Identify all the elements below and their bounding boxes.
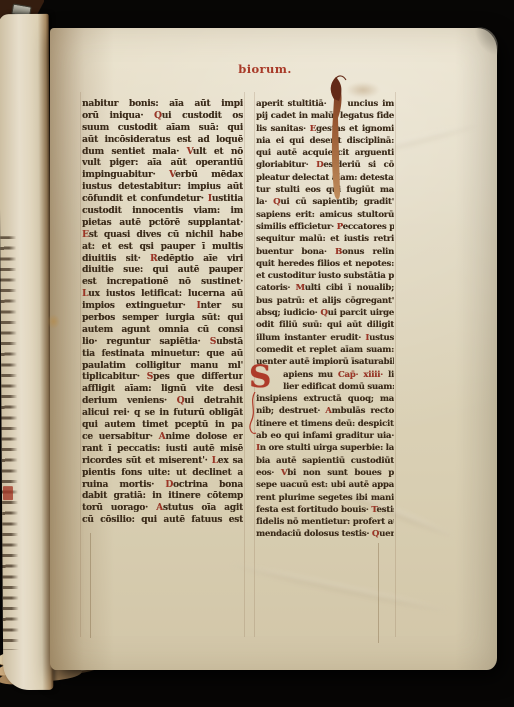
text-line: tiplicabitur· Spes que differtur: [82, 371, 243, 383]
text-line: ab eo qui infami graditur uia·: [256, 430, 394, 442]
text-line: lio· reguntur sapiētia· Substā: [82, 336, 243, 348]
text-line: absq; iudicio· Qui parcit uirge: [256, 307, 394, 319]
text-line: bus patrū: et alijs cōgregant': [256, 295, 394, 307]
text-line: torū uorago· Astutus oīa agit: [82, 502, 243, 514]
rubricated-capital: A: [156, 502, 163, 513]
text-line: nabitur bonis: aīa aūt impi: [82, 98, 243, 110]
text-line: alicui rei· q se in futurū obligāt: [82, 407, 243, 419]
text-line: ruina mortis· Doctrina bona: [82, 479, 243, 491]
text-line: impios extinguetur· Inter su: [82, 300, 243, 312]
text-line: et custoditur iusto substātia p: [256, 270, 394, 282]
rubricated-capital: Q: [320, 308, 327, 318]
text-line: at: et est qsi pauper ī multis: [82, 241, 243, 253]
text-line: tia festinata minuetur: que aū: [82, 348, 243, 360]
text-line: qui autem timet pceptū in pa: [82, 419, 243, 431]
running-title: biorum.: [200, 62, 330, 76]
text-line: est increpationē nō sustinet·: [82, 276, 243, 288]
chapter-initial-s: S: [249, 362, 277, 392]
text-line: aūt incōsideratus est ad loquē: [82, 134, 243, 146]
rubricated-capital: D: [165, 479, 173, 490]
text-line: iustus detestabitur: impius aūt: [82, 181, 243, 193]
text-line: comedit et replet aīam suam:: [256, 344, 394, 356]
text-line: sequitur malū: et iustis retri: [256, 233, 394, 245]
rubricated-capital: E: [82, 229, 89, 240]
text-line: dabit gratiā: in itinere cōtemp: [82, 490, 243, 502]
ruling-line: [395, 92, 396, 637]
facing-page-red-fragment: [3, 486, 13, 500]
text-line: orū iniqua· Qui custodit os: [82, 110, 243, 122]
text-line: diuitiis sit· Redēptio aīe viri: [82, 253, 243, 265]
text-line: quit heredes filios et nepotes:: [256, 258, 394, 270]
text-line: paulatim colligitur manu ml': [82, 360, 243, 372]
text-line: ce uersabitur· Anime dolose er: [82, 431, 243, 443]
ruling-line: [80, 92, 81, 637]
text-line: eos· Vbi non sunt boues p: [256, 467, 394, 479]
ruling-line: [244, 92, 245, 637]
text-column-left: nabitur bonis: aīa aūt impiorū iniqua· Q…: [82, 98, 243, 526]
text-line: illum instanter erudit· Iustus: [256, 332, 394, 344]
manuscript-page: biorum. nabitur bonis: aīa aūt impiorū i…: [50, 28, 497, 670]
text-line: itinere et timens deū: despicit': [256, 418, 394, 430]
text-line: custodit innocentis viam: im: [82, 205, 243, 217]
text-line: pietas autē pctōrē supplantat·: [82, 217, 243, 229]
text-line: derium veniens· Qui detrahit: [82, 395, 243, 407]
text-line: In ore stulti uirga superbie: la: [256, 442, 394, 454]
text-line: odit filiū suū: qui aūt diligit: [256, 319, 394, 331]
ruling-line: [90, 533, 91, 638]
text-line: rant ī peccatis: iusti autē misē: [82, 443, 243, 455]
text-line: catoris· Multi cibi ī noualib;: [256, 282, 394, 294]
text-line: cōfundit et confundetur· Iustitia: [82, 193, 243, 205]
text-line: cū cōsilio: qui autē fatuus est: [82, 514, 243, 526]
chapter-rubric: Cap̄· xiiii·: [338, 370, 383, 380]
text-line: similis efficietur· Peccatores p: [256, 221, 394, 233]
text-line: buentur bona· Bonus relin: [256, 246, 394, 258]
text-line: dum sentiet mala· Vult et nō: [82, 146, 243, 158]
text-line: sepe uacuū est: ubi autē appa: [256, 479, 394, 491]
text-line: insipiens extructā quoq; ma: [256, 393, 394, 405]
worn-corner: [470, 27, 498, 61]
parchment-crease: [232, 561, 449, 615]
manuscript-photo: biorum. nabitur bonis: aīa aūt impiorū i…: [0, 0, 514, 707]
text-line: Lux iustos letificat: lucerna aū: [82, 288, 243, 300]
text-line: impinguabitur· Verbū mēdax: [82, 169, 243, 181]
facing-page-text-fragment: [0, 236, 19, 650]
facing-page-edge: [0, 14, 53, 690]
rubricated-capital: M: [296, 283, 305, 293]
text-line: rent plurime segetes ibi mani: [256, 492, 394, 504]
text-line: fidelis nō mentietur: profert aū: [256, 516, 394, 528]
text-line: mendaciū dolosus testis· Querit: [256, 528, 394, 540]
chapter-initial-flourish: [248, 392, 260, 442]
text-line: diuitie sue: qui autē pauper: [82, 264, 243, 276]
text-line: festa est fortitudo bouis· Testis: [256, 504, 394, 516]
text-line: perbos semper iurgia sūt: qui: [82, 312, 243, 324]
rubricated-capital: Q: [154, 110, 162, 121]
verse-initial-n-decorated: [325, 74, 347, 214]
text-line: pientis fons uite: ut declinet a: [82, 467, 243, 479]
text-line: autem agunt omnia cū consi: [82, 324, 243, 336]
text-line: suum custodit aīam suā: qui: [82, 122, 243, 134]
text-line: vult piger: aīa aūt operantiū: [82, 157, 243, 169]
stain: [47, 314, 60, 329]
text-line: bia autē sapientiū custodiūt: [256, 455, 394, 467]
text-line: ricordes sūt et miserent'· Lex sa: [82, 455, 243, 467]
rubricated-capital: B: [335, 247, 342, 257]
text-line: nib; destruet· Ambulās recto: [256, 405, 394, 417]
text-line: Est quasi dives cū nichil habe: [82, 229, 243, 241]
text-line: affligit aīam: lignū vite desi: [82, 383, 243, 395]
ink-smudge: [346, 82, 380, 98]
